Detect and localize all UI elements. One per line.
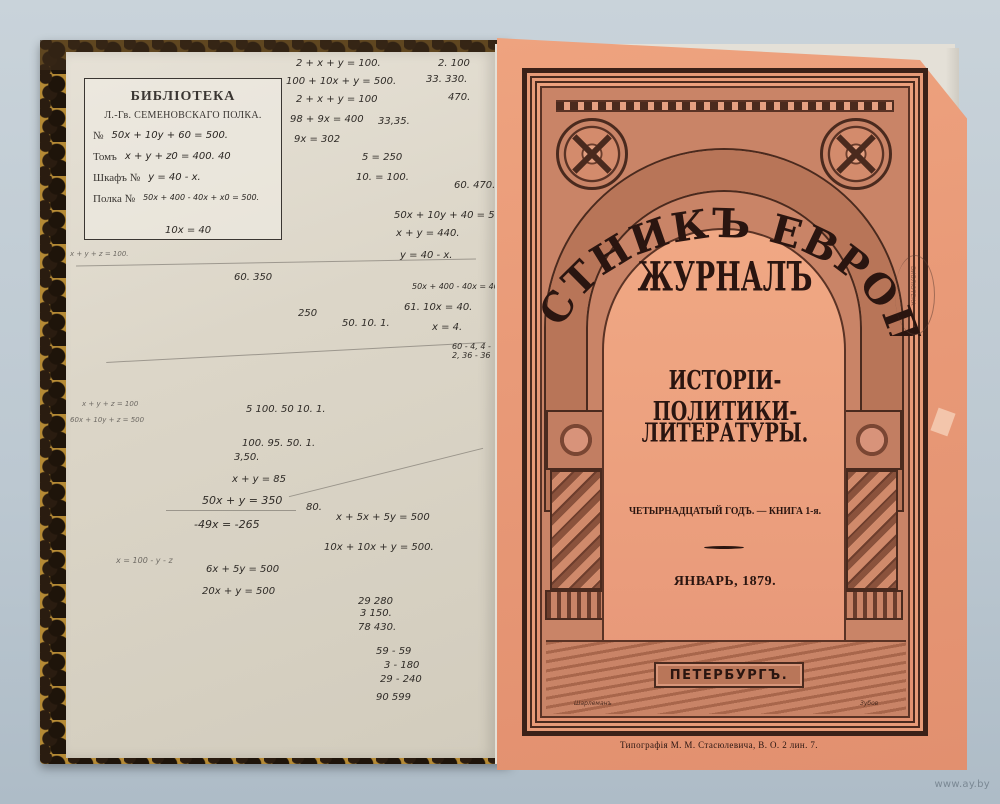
handwritten-note: 10. = 100. bbox=[356, 172, 409, 183]
handwritten-note: 50x + 400 - 40x = 40 bbox=[412, 282, 498, 291]
handwritten-note: 10x + 10x + y = 500. bbox=[324, 542, 434, 553]
bookplate-field-number: № 50x + 10y + 60 = 500. bbox=[93, 130, 273, 142]
handwritten-note: x = 4. bbox=[432, 322, 462, 333]
handwritten-note: 50x + 10y + 40 = 500 bbox=[394, 210, 498, 221]
handwritten-note: 33,35. bbox=[378, 116, 410, 127]
bookplate-field-shelf: Полка № 50x + 400 - 40x + x0 = 500. bbox=[93, 193, 273, 205]
rosette-medallion-left-icon bbox=[556, 118, 628, 190]
rosette-medallion-right-icon bbox=[820, 118, 892, 190]
library-bookplate: БИБЛІОТЕКА Л.-Гв. СЕМЕНОВСКАГО ПОЛКА. № … bbox=[84, 78, 282, 240]
handwritten-note: 5 = 250 bbox=[362, 152, 402, 163]
handwritten-note: 61. 10x = 40. bbox=[404, 302, 472, 313]
handwritten-note: 2 + x + y = 100. bbox=[296, 58, 381, 69]
left-endpaper: БИБЛІОТЕКА Л.-Гв. СЕМЕНОВСКАГО ПОЛКА. № … bbox=[66, 52, 498, 758]
bookplate-field-volume: Томъ x + y + z0 = 400. 40 bbox=[93, 151, 273, 163]
handwritten-note: x + y = 440. bbox=[396, 228, 460, 239]
handwritten-note: 98 + 9x = 400 bbox=[290, 114, 364, 125]
handwritten-note: 100. 95. 50. 1. bbox=[242, 438, 315, 449]
library-stamp: БИБЛІОТЕКА bbox=[895, 255, 935, 335]
ornament-rule bbox=[704, 546, 744, 549]
city-plate: ПЕТЕРБУРГЪ. bbox=[654, 662, 804, 688]
pencil-line bbox=[106, 342, 486, 363]
handwritten-note: x = 100 - y - z bbox=[116, 556, 173, 565]
bookplate-subtitle: Л.-Гв. СЕМЕНОВСКАГО ПОЛКА. bbox=[93, 110, 273, 121]
photo-scene: БИБЛІОТЕКА Л.-Гв. СЕМЕНОВСКАГО ПОЛКА. № … bbox=[0, 0, 1000, 804]
handwritten-note: 470. bbox=[448, 92, 470, 103]
handwritten-note: 60. 470. bbox=[454, 180, 495, 191]
column-capital-left bbox=[546, 410, 606, 470]
city-name: ПЕТЕРБУРГЪ. bbox=[670, 668, 788, 683]
handwritten-note: x + y + z = 100. bbox=[70, 250, 129, 258]
twisted-column-right bbox=[846, 470, 898, 590]
handwritten-note: 59 - 59 bbox=[376, 646, 411, 657]
pencil-line bbox=[76, 259, 476, 267]
handwritten-note: x + y = 85 bbox=[232, 474, 286, 485]
handwritten-note: 60x + 10y + z = 500 bbox=[70, 416, 144, 424]
bookplate-field-cabinet: Шкафъ № y = 40 - x. bbox=[93, 172, 273, 184]
engraver-signature-left: Шарлеманъ bbox=[574, 700, 612, 707]
column-base-left bbox=[545, 590, 607, 620]
column-base-right bbox=[841, 590, 903, 620]
printer-imprint: Типографія М. М. Стасюлевича, В. О. 2 ли… bbox=[620, 740, 920, 750]
twisted-column-left bbox=[550, 470, 602, 590]
handwritten-note: 2 + x + y = 100 bbox=[296, 94, 378, 105]
dentil-cornice bbox=[556, 100, 894, 112]
handwritten-note: 60. 350 bbox=[234, 272, 272, 283]
handwritten-note: 50x + y = 350 bbox=[202, 494, 282, 507]
handwritten-note: 100 + 10x + y = 500. bbox=[286, 76, 396, 87]
handwritten-note: 5 100. 50 10. 1. bbox=[246, 404, 326, 415]
bookplate-note-below: 10x = 40 bbox=[165, 225, 211, 236]
handwritten-note: x + y + z = 100 bbox=[82, 400, 138, 408]
handwritten-note: 78 430. bbox=[358, 622, 396, 633]
handwritten-note: 9x = 302 bbox=[294, 134, 340, 145]
bookplate-title: БИБЛІОТЕКА bbox=[93, 89, 273, 105]
pencil-line bbox=[289, 448, 483, 497]
handwritten-note: 20x + y = 500 bbox=[202, 586, 275, 597]
engraver-signature-right: Зубов bbox=[860, 700, 878, 707]
handwritten-note: 6x + 5y = 500 bbox=[206, 564, 279, 575]
handwritten-note: 80. bbox=[306, 502, 322, 513]
handwritten-note: 29 280 bbox=[358, 596, 393, 607]
handwritten-note: -49x = -265 bbox=[194, 518, 260, 531]
year-book-line: ЧЕТЫРНАДЦАТЫЙ ГОДЪ. — КНИГА 1-я. bbox=[606, 506, 843, 517]
handwritten-note: 250 bbox=[298, 308, 317, 319]
watermark: www.ay.by bbox=[934, 779, 990, 790]
handwritten-note: 60 - 4, 4 - 2, 36 - 36 bbox=[452, 342, 496, 360]
handwritten-note: 3 - 180 bbox=[384, 660, 419, 671]
handwritten-note: 90 599 bbox=[376, 692, 411, 703]
pencil-line bbox=[166, 510, 296, 511]
handwritten-note: 29 - 240 bbox=[380, 674, 422, 685]
handwritten-note: 3,50. bbox=[234, 452, 259, 463]
handwritten-note: 50. 10. 1. bbox=[342, 318, 390, 329]
column-capital-right bbox=[842, 410, 902, 470]
journal-word: ЖУРНАЛЪ bbox=[630, 254, 820, 301]
handwritten-note: 3 150. bbox=[360, 608, 392, 619]
handwritten-note: 33. 330. bbox=[426, 74, 467, 85]
handwritten-note: 2. 100 bbox=[438, 58, 470, 69]
issue-date: ЯНВАРЬ, 1879. bbox=[620, 574, 830, 590]
handwritten-note: x + 5x + 5y = 500 bbox=[336, 512, 430, 523]
literature-word: ЛИТЕРАТУРЫ. bbox=[640, 418, 810, 449]
